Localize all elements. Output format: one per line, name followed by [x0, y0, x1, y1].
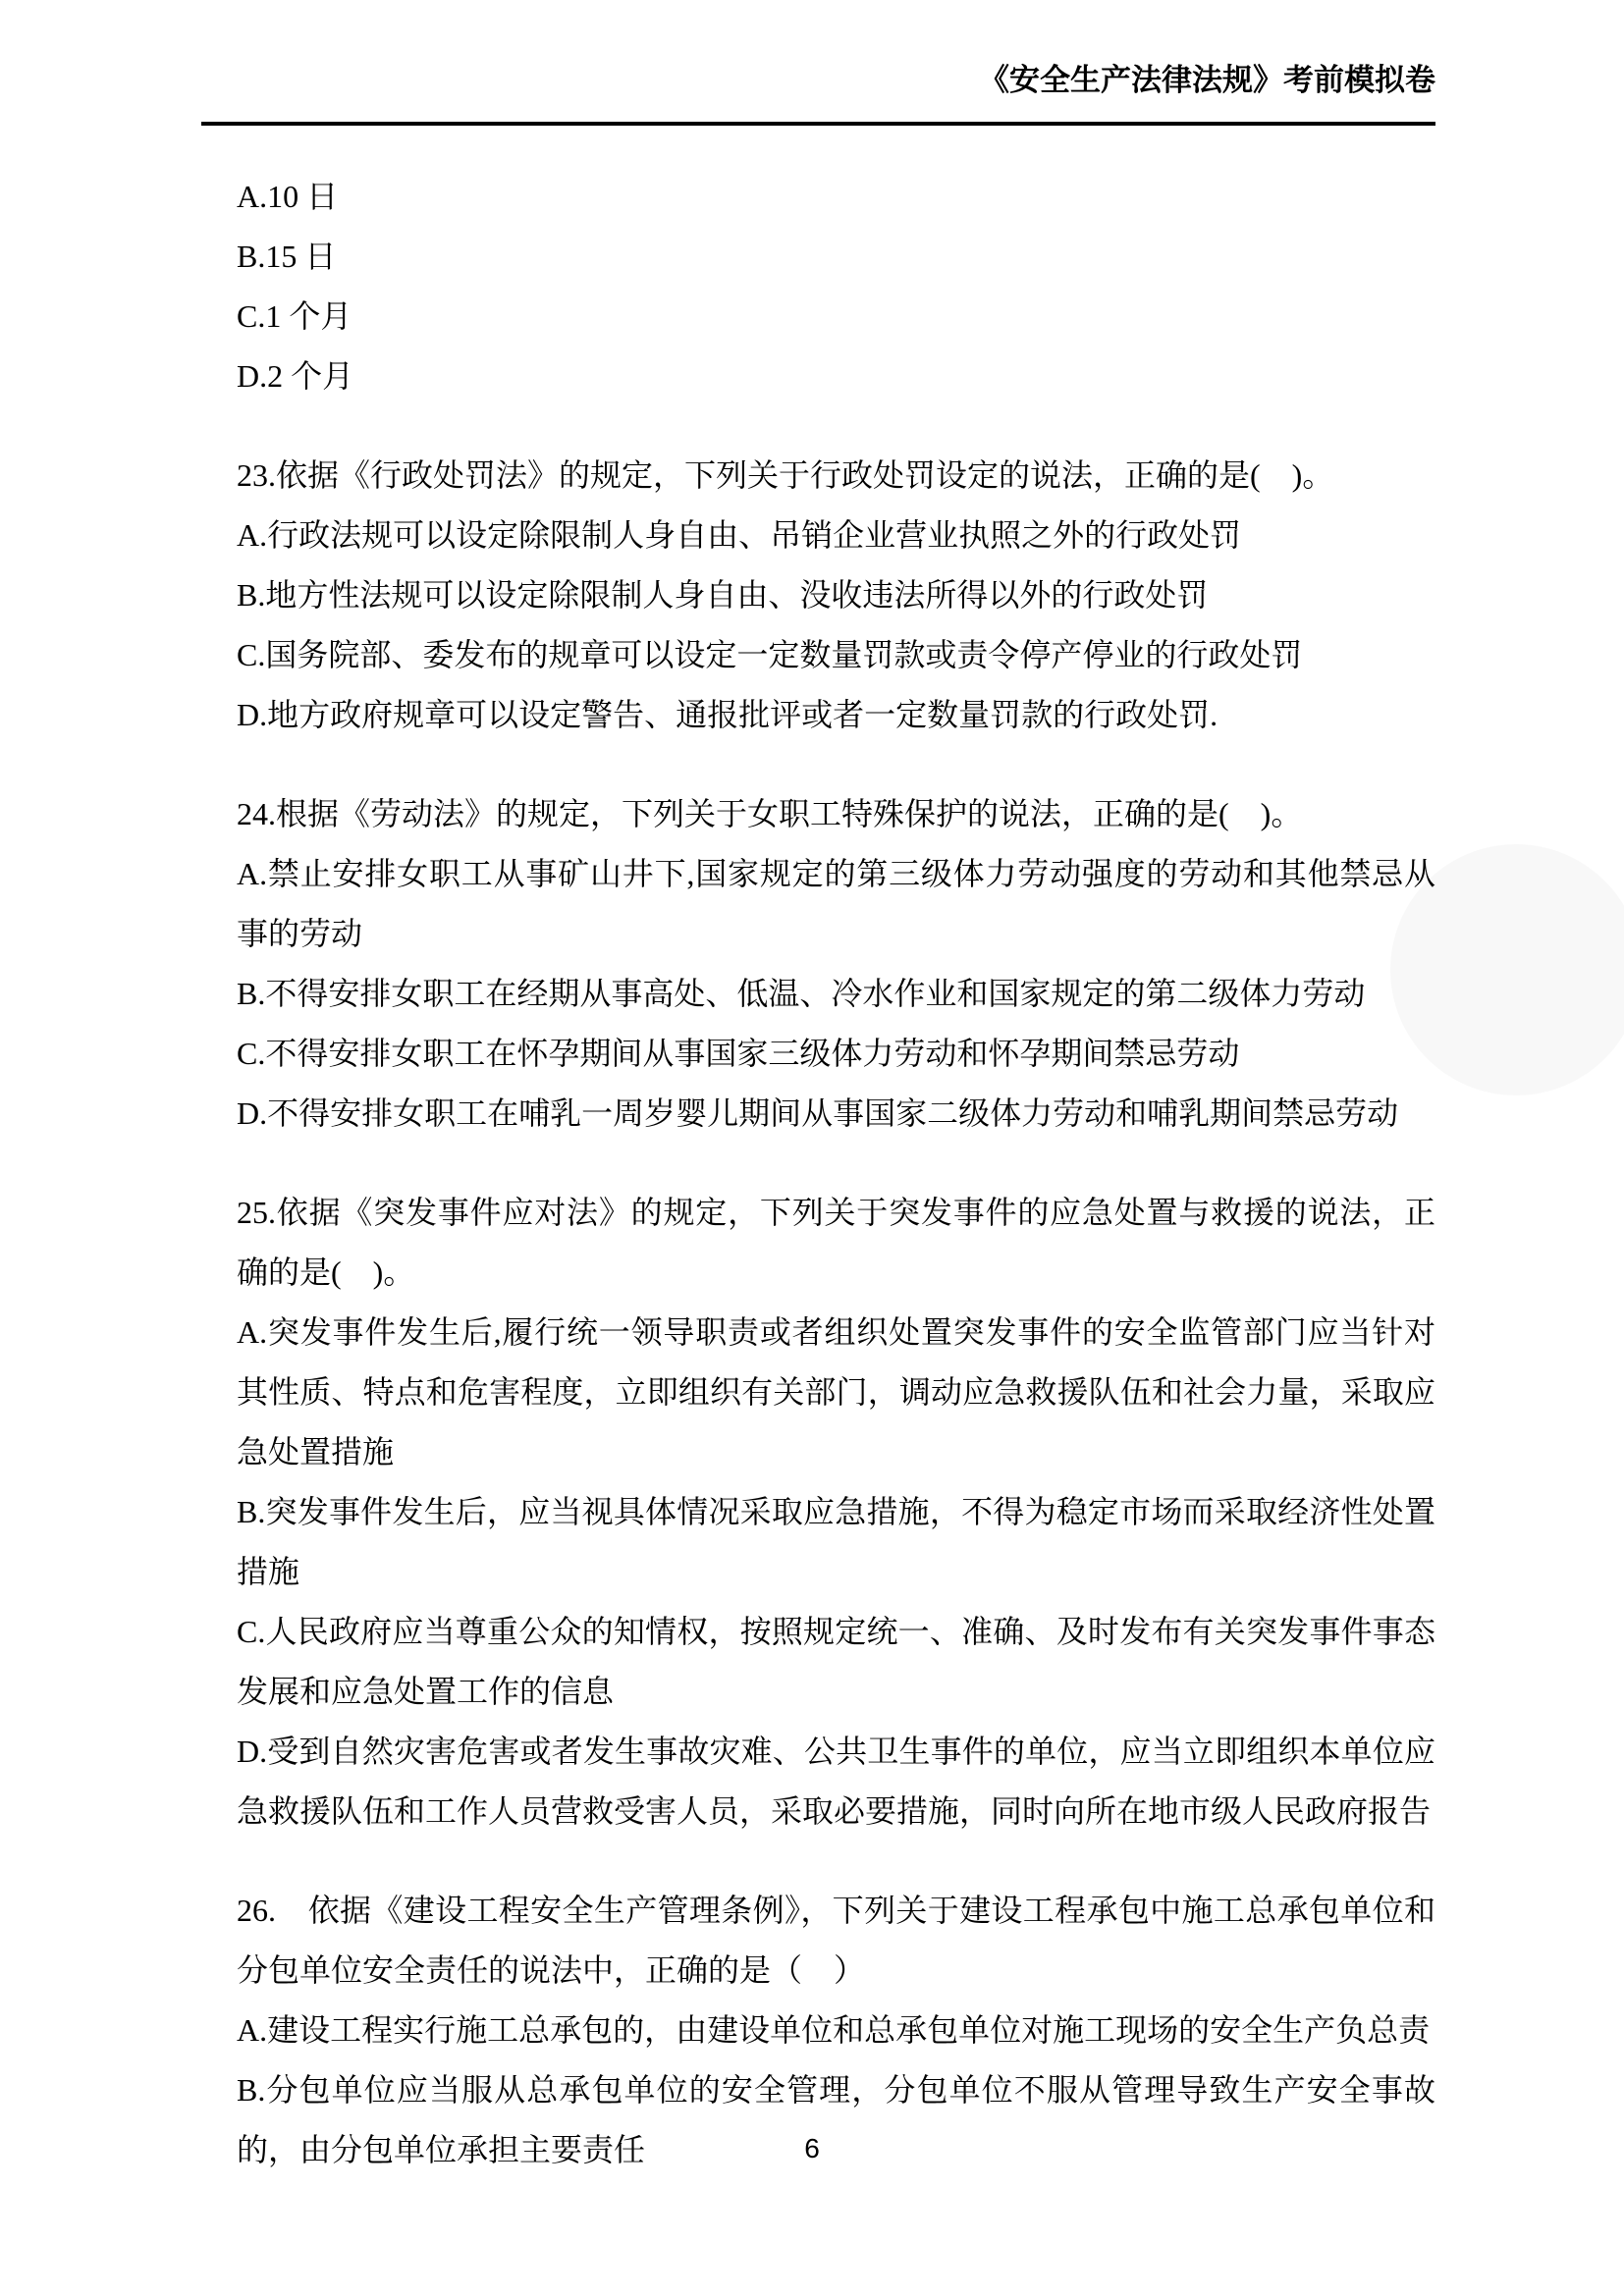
option-line: C.不得安排女职工在怀孕期间从事国家三级体力劳动和怀孕期间禁忌劳动 — [237, 1024, 1435, 1084]
option-line: B.不得安排女职工在经期从事高处、低温、冷水作业和国家规定的第二级体力劳动 — [237, 964, 1435, 1024]
option-line: D.不得安排女职工在哺乳一周岁婴儿期间从事国家二级体力劳动和哺乳期间禁忌劳动 — [237, 1084, 1435, 1144]
option-line: A.禁止安排女职工从事矿山井下,国家规定的第三级体力劳动强度的劳动和其他禁忌从事… — [237, 844, 1435, 964]
document-title: 《安全生产法律法规》考前模拟卷 — [201, 61, 1435, 100]
question-stem: 23.依据《行政处罚法》的规定，下列关于行政处罚设定的说法，正确的是( )。 — [237, 446, 1435, 506]
option-line: C.1 个月 — [237, 287, 1435, 347]
option-line: A.行政法规可以设定除限制人身自由、吊销企业营业执照之外的行政处罚 — [237, 506, 1435, 565]
option-line: B.突发事件发生后，应当视具体情况采取应急措施，不得为稳定市场而采取经济性处置措… — [237, 1482, 1435, 1602]
question-stem: 24.根据《劳动法》的规定，下列关于女职工特殊保护的说法，正确的是( )。 — [237, 784, 1435, 844]
exam-content: A.10 日 B.15 日 C.1 个月 D.2 个月 23.依据《行政处罚法》… — [237, 167, 1435, 2180]
question-22-carryover-options: A.10 日 B.15 日 C.1 个月 D.2 个月 — [237, 167, 1435, 406]
option-line: B.地方性法规可以设定除限制人身自由、没收违法所得以外的行政处罚 — [237, 565, 1435, 625]
header-rule — [201, 122, 1435, 126]
question-stem: 25.依据《突发事件应对法》的规定，下列关于突发事件的应急处置与救援的说法，正确… — [237, 1183, 1435, 1303]
option-line: D.地方政府规章可以设定警告、通报批评或者一定数量罚款的行政处罚. — [237, 685, 1435, 745]
option-line: A.建设工程实行施工总承包的，由建设单位和总承包单位对施工现场的安全生产负总责 — [237, 2001, 1435, 2060]
question-23: 23.依据《行政处罚法》的规定，下列关于行政处罚设定的说法，正确的是( )。 A… — [237, 446, 1435, 745]
page-number: 6 — [0, 2132, 1624, 2165]
option-line: A.突发事件发生后,履行统一领导职责或者组织处置突发事件的安全监管部门应当针对其… — [237, 1303, 1435, 1482]
option-line: C.人民政府应当尊重公众的知情权，按照规定统一、准确、及时发布有关突发事件事态发… — [237, 1602, 1435, 1722]
exam-page: 《安全生产法律法规》考前模拟卷 A.10 日 B.15 日 C.1 个月 D.2… — [0, 0, 1624, 2296]
page-header: 《安全生产法律法规》考前模拟卷 — [0, 0, 1624, 126]
question-25: 25.依据《突发事件应对法》的规定，下列关于突发事件的应急处置与救援的说法，正确… — [237, 1183, 1435, 1842]
option-line: B.15 日 — [237, 227, 1435, 287]
watermark-circle — [1390, 844, 1624, 1095]
question-stem: 26. 依据《建设工程安全生产管理条例》，下列关于建设工程承包中施工总承包单位和… — [237, 1881, 1435, 2001]
option-line: D.受到自然灾害危害或者发生事故灾难、公共卫生事件的单位，应当立即组织本单位应急… — [237, 1722, 1435, 1842]
option-line: C.国务院部、委发布的规章可以设定一定数量罚款或责令停产停业的行政处罚 — [237, 625, 1435, 685]
option-line: A.10 日 — [237, 167, 1435, 227]
option-line: D.2 个月 — [237, 347, 1435, 406]
question-24: 24.根据《劳动法》的规定，下列关于女职工特殊保护的说法，正确的是( )。 A.… — [237, 784, 1435, 1144]
